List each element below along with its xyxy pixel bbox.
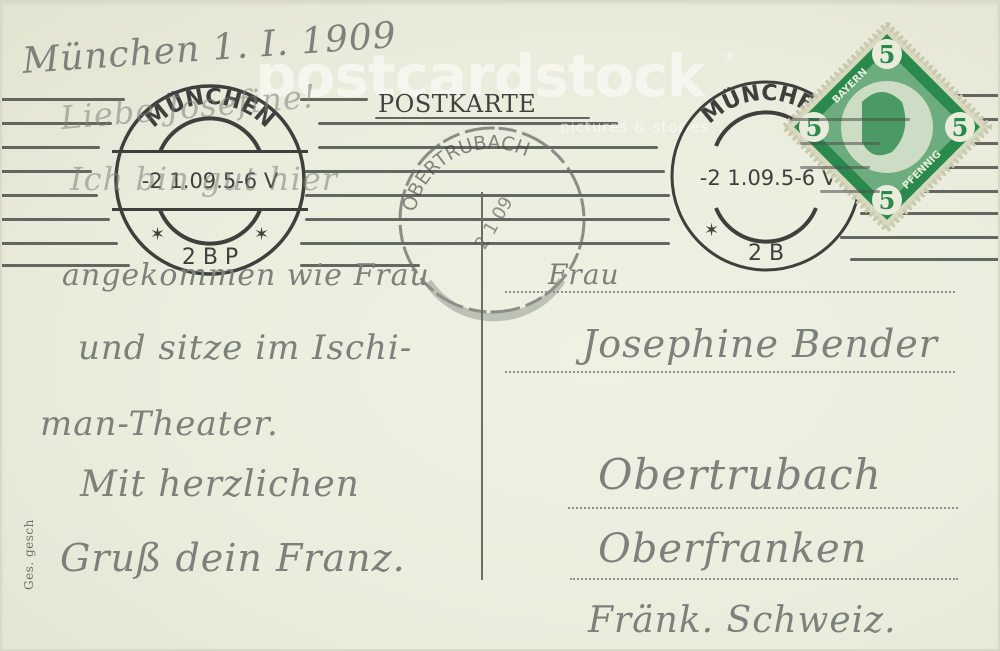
address-salutation: Frau — [548, 258, 620, 291]
svg-text:✶: ✶ — [254, 224, 269, 245]
address-district: Fränk. Schweiz. — [588, 600, 897, 641]
address-name: Josephine Bender — [582, 322, 938, 366]
postcard: postcardstock pictures & stories ® POSTK… — [0, 0, 1000, 651]
message-line: Ich bin gut hier — [70, 160, 338, 198]
svg-text:✶: ✶ — [704, 220, 719, 241]
watermark-registered-icon: ® — [724, 50, 736, 64]
address-town: Obertrubach — [598, 450, 882, 499]
address-line — [570, 578, 958, 580]
stamp-value: 5 — [952, 113, 969, 142]
svg-text:✶: ✶ — [150, 224, 165, 245]
address-line — [568, 507, 958, 509]
bavaria-5-pfennig-stamp: 5 5 5 5 BAYERN PFENNIG — [782, 22, 992, 232]
address-line — [505, 291, 955, 293]
stamp-value: 5 — [879, 186, 896, 215]
message-signoff: Gruß dein Franz. — [60, 536, 406, 580]
postcard-header: POSTKARTE — [378, 90, 536, 118]
printer-mark: Ges. gesch — [22, 519, 36, 590]
postmark-office: 2 B — [748, 241, 784, 266]
message-line: und sitze im Ischi- — [78, 328, 412, 368]
address-line — [505, 371, 955, 373]
message-line: Mit herzlichen — [80, 464, 360, 505]
postmark-date: 2 1 09 — [471, 193, 518, 253]
address-region: Oberfranken — [598, 526, 867, 572]
address-divider — [481, 192, 483, 580]
message-line: angekommen wie Frau — [62, 258, 430, 293]
message-line: man-Theater. — [40, 404, 279, 444]
stamp-value: 5 — [879, 40, 896, 69]
